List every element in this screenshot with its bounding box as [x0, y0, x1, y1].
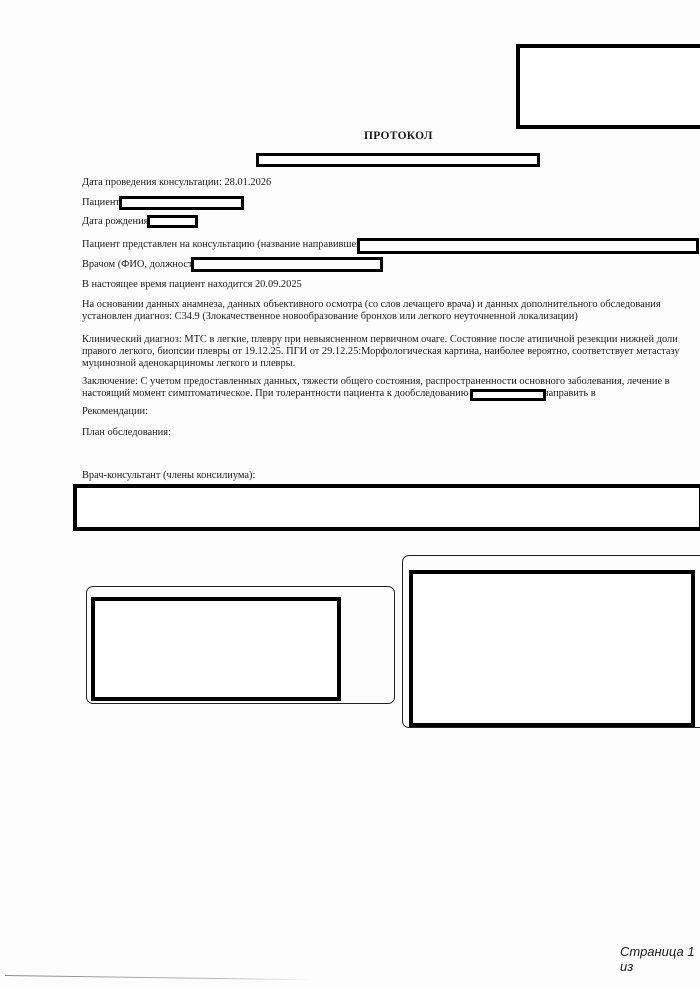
diagnosis-basis: На основании данных анамнеза, данных объ…	[82, 299, 700, 323]
patient-name-redaction	[119, 196, 244, 210]
clinical-diagnosis: Клинический диагноз: МТС в легкие, плевр…	[82, 334, 700, 369]
exam-plan-label: План обследования:	[82, 427, 171, 439]
stamp-right-redaction	[409, 570, 695, 727]
patient-label: Пациент:	[82, 197, 123, 209]
consultants-label: Врач-консультант (члены консилиума):	[82, 470, 255, 482]
stamp-left-redaction	[91, 597, 341, 701]
doctor-label: Врачом (ФИО, должность)	[82, 259, 201, 271]
referral-target-redaction	[470, 389, 546, 401]
consultation-date: Дата проведения консультации: 28.01.2026	[82, 177, 271, 189]
birth-date-label: Дата рождения:	[82, 216, 151, 228]
recommendations-label: Рекомендации:	[82, 406, 148, 418]
referring-org-redaction	[357, 238, 699, 254]
referred-by-label: Пациент представлен на консультацию (наз…	[82, 239, 384, 251]
header-redaction	[516, 44, 700, 129]
document-title: ПРОТОКОЛ	[364, 130, 433, 142]
subtitle-redaction	[256, 153, 540, 167]
consultants-redaction	[73, 484, 700, 531]
scan-edge-line	[5, 975, 315, 980]
doctor-name-redaction	[191, 257, 383, 272]
birth-date-redaction	[147, 215, 198, 228]
conclusion: Заключение: С учетом предоставленных дан…	[82, 376, 700, 400]
page-number: Страница 1 из	[620, 944, 700, 974]
current-location: В настоящее время пациент находится 20.0…	[82, 279, 302, 291]
